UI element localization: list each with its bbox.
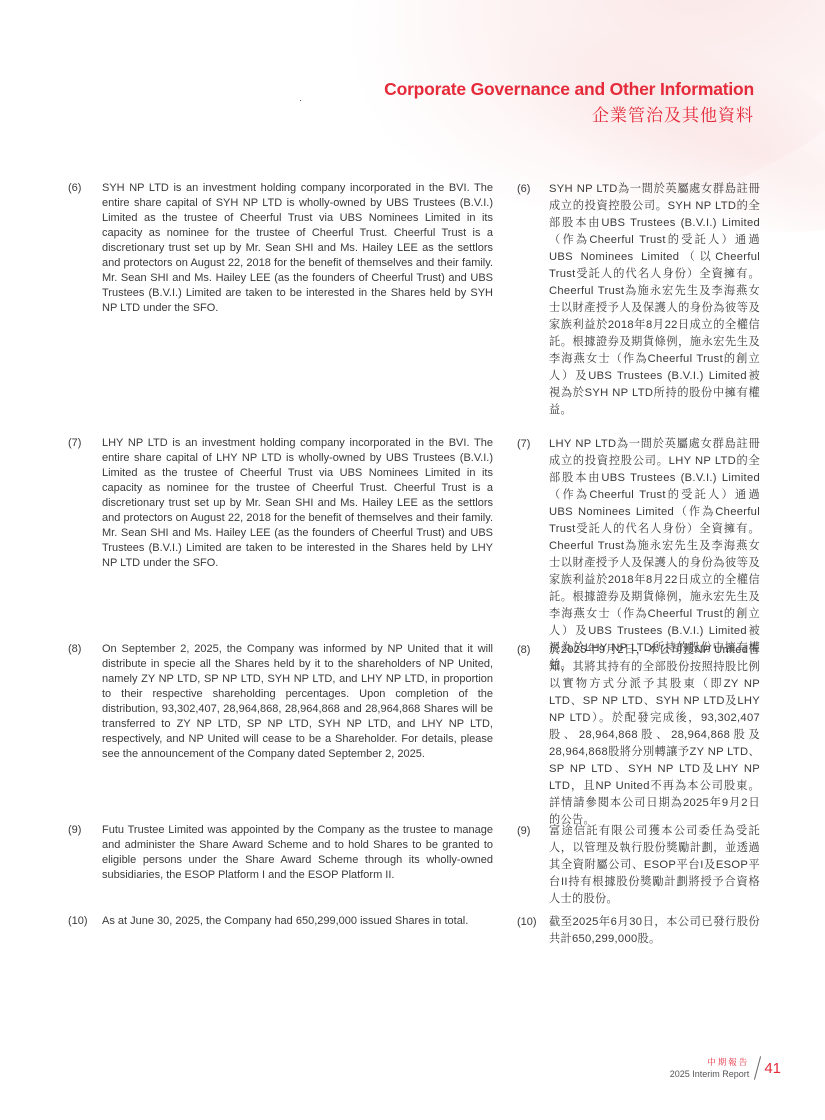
note-text: Futu Trustee Limited was appointed by th… <box>102 823 493 883</box>
report-name-en: 2025 Interim Report <box>670 1068 750 1080</box>
note-text: 富途信託有限公司獲本公司委任為受託人，以管理及執行股份獎勵計劃，並透過其全資附屬… <box>549 823 760 908</box>
note-9-en: (9) Futu Trustee Limited was appointed b… <box>68 823 493 883</box>
note-text: SYH NP LTD為一間於英屬處女群島註冊成立的投資控股公司。SYH NP L… <box>549 181 760 419</box>
note-text: 於2025年9月2日，本公司獲NP United告知，其將其持有的全部股份按照持… <box>549 642 760 829</box>
note-8-en: (8) On September 2, 2025, the Company wa… <box>68 642 493 762</box>
note-text: SYH NP LTD is an investment holding comp… <box>102 181 493 316</box>
note-number: (8) <box>68 642 102 762</box>
note-8-zh: (8) 於2025年9月2日，本公司獲NP United告知，其將其持有的全部股… <box>517 642 760 829</box>
report-label: 中期報告 2025 Interim Report <box>670 1057 750 1080</box>
note-number: (9) <box>68 823 102 883</box>
note-number: (7) <box>517 436 549 674</box>
note-text: On September 2, 2025, the Company was in… <box>102 642 493 762</box>
note-7-en: (7) LHY NP LTD is an investment holding … <box>68 436 493 571</box>
note-number: (10) <box>68 914 102 929</box>
footer-divider <box>754 1056 761 1079</box>
note-10-en: (10) As at June 30, 2025, the Company ha… <box>68 914 493 929</box>
note-10-zh: (10) 截至2025年6月30日，本公司已發行股份共計650,299,000股… <box>517 914 760 948</box>
note-number: (6) <box>517 181 549 419</box>
note-text: 截至2025年6月30日，本公司已發行股份共計650,299,000股。 <box>549 914 760 948</box>
note-number: (6) <box>68 181 102 316</box>
stray-dot <box>300 100 301 101</box>
note-9-zh: (9) 富途信託有限公司獲本公司委任為受託人，以管理及執行股份獎勵計劃，並透過其… <box>517 823 760 908</box>
note-7-zh: (7) LHY NP LTD為一間於英屬處女群島註冊成立的投資控股公司。LHY … <box>517 436 760 674</box>
note-number: (7) <box>68 436 102 571</box>
note-number: (10) <box>517 914 549 948</box>
note-text: LHY NP LTD is an investment holding comp… <box>102 436 493 571</box>
note-6-zh: (6) SYH NP LTD為一間於英屬處女群島註冊成立的投資控股公司。SYH … <box>517 181 760 419</box>
page-number: 41 <box>764 1060 781 1077</box>
note-number: (8) <box>517 642 549 829</box>
note-text: As at June 30, 2025, the Company had 650… <box>102 914 493 929</box>
page-header: Corporate Governance and Other Informati… <box>384 78 754 127</box>
section-title-en: Corporate Governance and Other Informati… <box>384 78 754 100</box>
note-6-en: (6) SYH NP LTD is an investment holding … <box>68 181 493 316</box>
report-name-zh: 中期報告 <box>670 1057 750 1068</box>
section-title-zh: 企業管治及其他資料 <box>384 105 754 127</box>
page-footer: 中期報告 2025 Interim Report 41 <box>670 1056 781 1080</box>
note-text: LHY NP LTD為一間於英屬處女群島註冊成立的投資控股公司。LHY NP L… <box>549 436 760 674</box>
note-number: (9) <box>517 823 549 908</box>
